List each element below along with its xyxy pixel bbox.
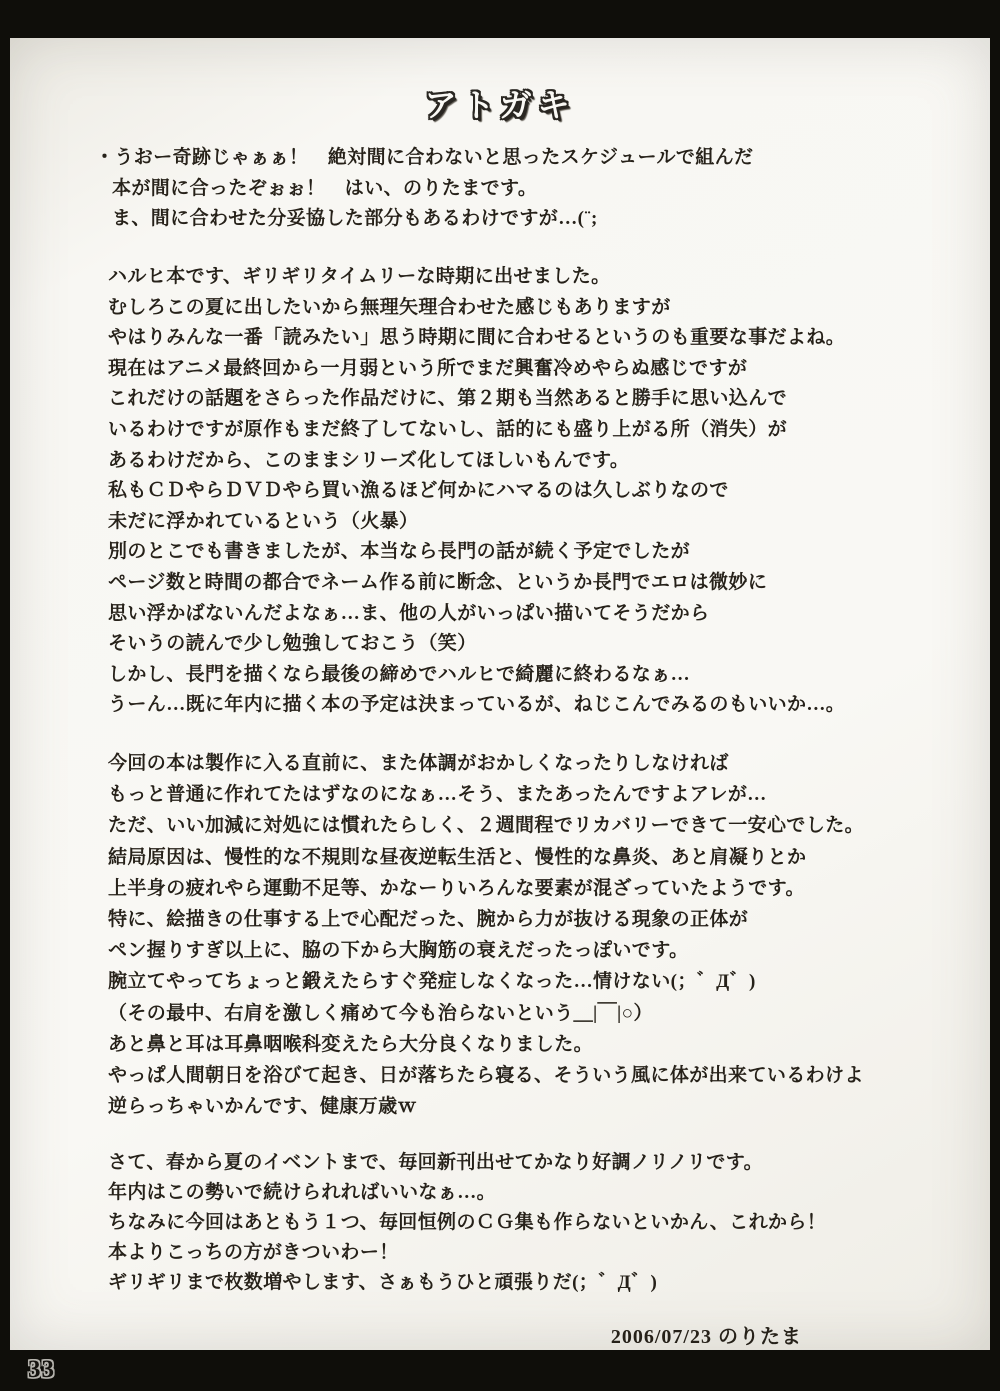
afterword-paragraph-events: さて、春から夏のイベントまで、毎回新刊出せてかなり好調ノリノリです。年内はこの勢… bbox=[108, 1148, 826, 1298]
text-line: これだけの話題をさらった作品だけに、第２期も当然あると勝手に思い込んで bbox=[108, 384, 845, 415]
text-line: ま、間に合わせた分妥協した部分もあるわけですが…(¨; bbox=[95, 204, 753, 235]
text-line: 現在はアニメ最終回から一月弱という所でまだ興奮冷めやらぬ感じですが bbox=[108, 354, 845, 385]
text-line: うーん…既に年内に描く本の予定は決まっているが、ねじこんでみるのもいいか…。 bbox=[108, 690, 845, 721]
text-line: いるわけですが原作もまだ終了してないし、話的にも盛り上がる所（消失）が bbox=[108, 415, 845, 446]
text-line: 特に、絵描きの仕事する上で心配だった、腕から力が抜ける現象の正体が bbox=[108, 904, 864, 935]
text-line: あと鼻と耳は耳鼻咽喉科変えたら大分良くなりました。 bbox=[108, 1029, 864, 1060]
text-line: 今回の本は製作に入る直前に、また体調がおかしくなったりしなければ bbox=[108, 748, 864, 779]
text-line: あるわけだから、このままシリーズ化してほしいもんです。 bbox=[108, 446, 845, 477]
text-line: 私もＣＤやらＤＶＤやら買い漁るほど何かにハマるのは久しぶりなので bbox=[108, 476, 845, 507]
text-line: さて、春から夏のイベントまで、毎回新刊出せてかなり好調ノリノリです。 bbox=[108, 1148, 826, 1178]
text-line: 本よりこっちの方がきついわー！ bbox=[108, 1238, 826, 1268]
afterword-title: アトガキ bbox=[10, 80, 990, 126]
date-signature: 2006/07/23 のりたま bbox=[10, 1320, 990, 1349]
text-line: ・うおー奇跡じゃぁぁ！ 絶対間に合わないと思ったスケジュールで組んだ bbox=[95, 143, 753, 174]
text-line: しかし、長門を描くなら最後の締めでハルヒで綺麗に終わるなぁ… bbox=[108, 660, 845, 691]
text-line: 結局原因は、慢性的な不規則な昼夜逆転生活と、慢性的な鼻炎、あと肩凝りとか bbox=[108, 842, 864, 873]
text-line: 上半身の疲れやら運動不足等、かなーりいろんな要素が混ざっていたようです。 bbox=[108, 873, 864, 904]
text-line: ハルヒ本です、ギリギリタイムリーな時期に出せました。 bbox=[108, 262, 845, 293]
text-line: ただ、いい加減に対処には慣れたらしく、２週間程でリカバリーできて一安心でした。 bbox=[108, 810, 864, 841]
text-line: ペン握りすぎ以上に、脇の下から大胸筋の衰えだったっぽいです。 bbox=[108, 935, 864, 966]
scanned-page: アトガキ ・うおー奇跡じゃぁぁ！ 絶対間に合わないと思ったスケジュールで組んだ本… bbox=[0, 0, 1000, 1391]
text-line: そいうの読んで少し勉強しておこう（笑） bbox=[108, 629, 845, 660]
text-line: やっぱ人間朝日を浴びて起き、日が落ちたら寝る、そういう風に体が出来ているわけよ bbox=[108, 1060, 864, 1091]
text-line: やはりみんな一番「読みたい」思う時期に間に合わせるというのも重要な事だよね。 bbox=[108, 323, 845, 354]
text-line: むしろこの夏に出したいから無理矢理合わせた感じもありますが bbox=[108, 293, 845, 324]
paper: アトガキ ・うおー奇跡じゃぁぁ！ 絶対間に合わないと思ったスケジュールで組んだ本… bbox=[10, 38, 990, 1350]
text-line: 別のとこでも書きましたが、本当なら長門の話が続く予定でしたが bbox=[108, 537, 845, 568]
text-line: 思い浮かばないんだよなぁ…ま、他の人がいっぱい描いてそうだから bbox=[108, 599, 845, 630]
text-line: ページ数と時間の都合でネーム作る前に断念、というか長門でエロは微妙に bbox=[108, 568, 845, 599]
text-line: 逆らっちゃいかんです、健康万歳ｗ bbox=[108, 1091, 864, 1122]
page-number: 33 bbox=[28, 1356, 55, 1384]
text-line: もっと普通に作れてたはずなのになぁ…そう、またあったんですよアレが… bbox=[108, 779, 864, 810]
text-line: 腕立てやってちょっと鍛えたらすぐ発症しなくなった…情けない(；゛Д゛) bbox=[108, 966, 864, 997]
afterword-paragraph-intro: ・うおー奇跡じゃぁぁ！ 絶対間に合わないと思ったスケジュールで組んだ本が間に合っ… bbox=[95, 143, 753, 235]
text-line: 年内はこの勢いで続けられればいいなぁ…。 bbox=[108, 1178, 826, 1208]
afterword-paragraph-haruhi: ハルヒ本です、ギリギリタイムリーな時期に出せました。むしろこの夏に出したいから無… bbox=[108, 262, 845, 721]
text-line: 未だに浮かれているという（火暴） bbox=[108, 507, 845, 538]
text-line: 本が間に合ったぞぉぉ！ はい、のりたまです。 bbox=[95, 174, 753, 205]
afterword-paragraph-health: 今回の本は製作に入る直前に、また体調がおかしくなったりしなければもっと普通に作れ… bbox=[108, 748, 864, 1122]
text-line: （その最中、右肩を激しく痛めて今も治らないという＿|￣|○） bbox=[108, 998, 864, 1029]
text-line: ギリギリまで枚数増やします、さぁもうひと頑張りだ(；゛Д゛) bbox=[108, 1268, 826, 1298]
text-line: ちなみに今回はあともう１つ、毎回恒例のＣＧ集も作らないといかん、これから！ bbox=[108, 1208, 826, 1238]
